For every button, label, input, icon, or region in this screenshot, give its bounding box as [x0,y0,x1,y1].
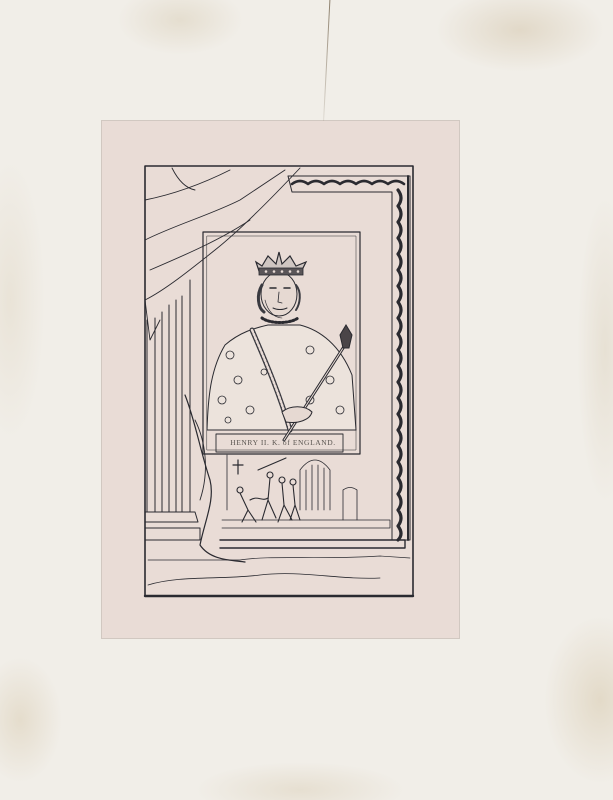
background-scene [220,455,405,548]
king-portrait [207,252,356,440]
struggling-figures [237,458,300,522]
engraving-artwork [0,0,613,800]
column [145,280,200,540]
portrait-caption: HENRY II. K. of ENGLAND. [224,437,342,449]
